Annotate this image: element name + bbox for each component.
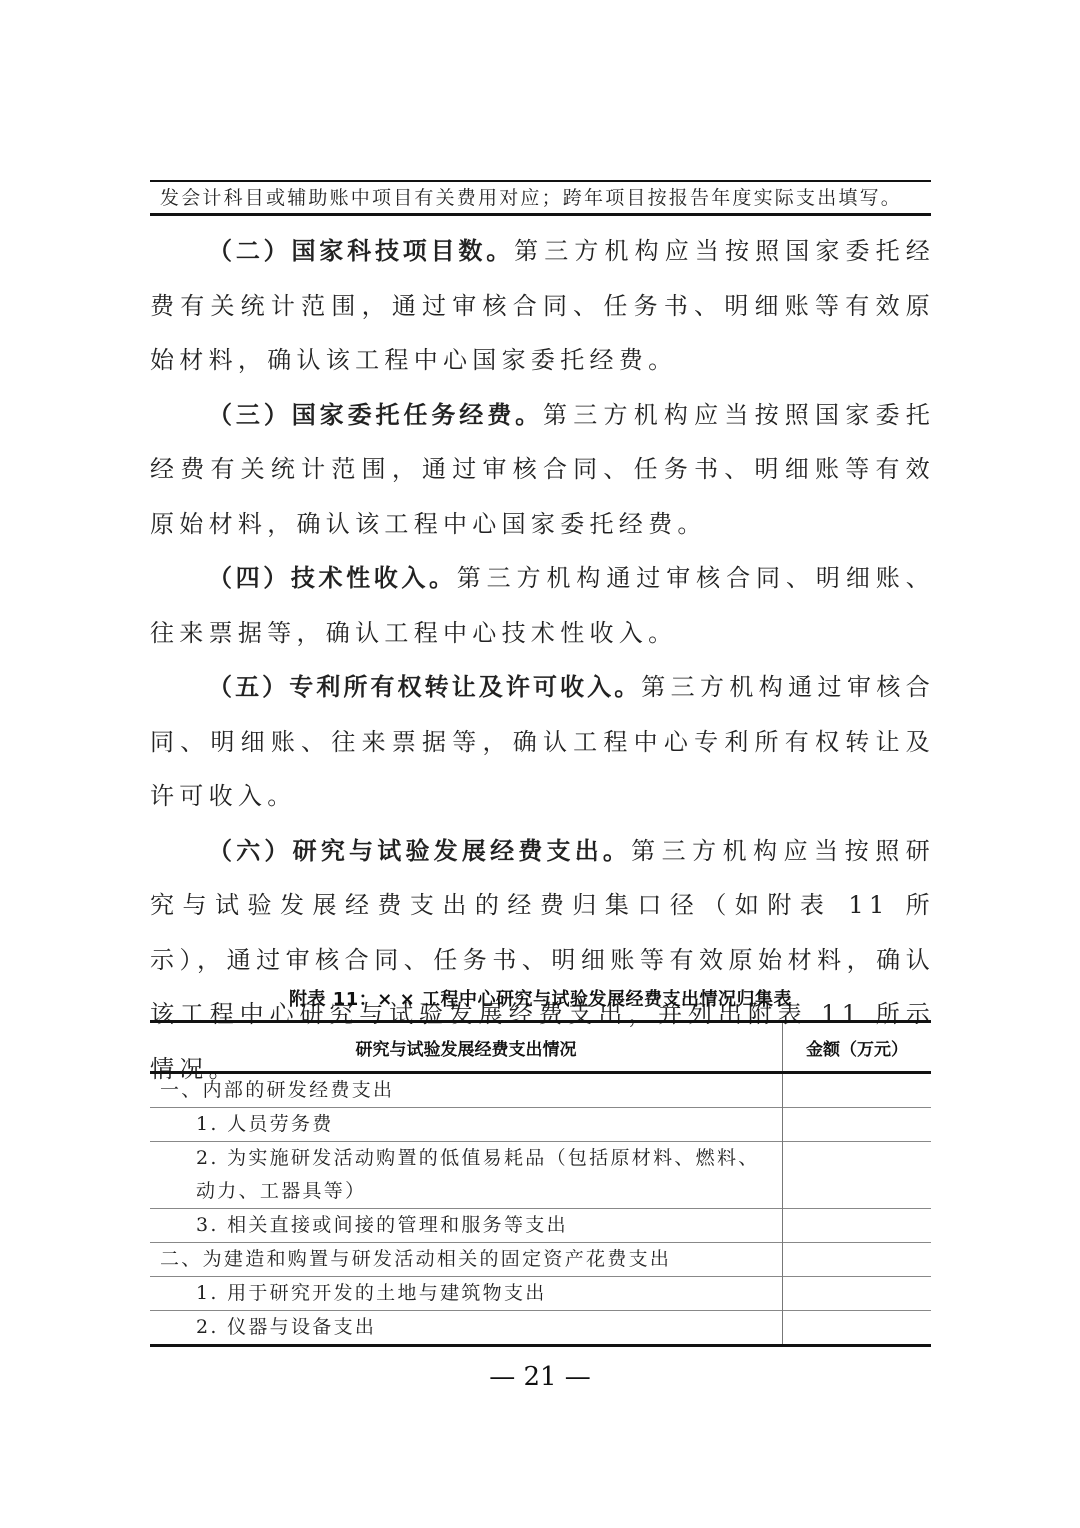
row-item: 2. 为实施研发活动购置的低值易耗品（包括原材料、燃料、动力、工器具等）	[150, 1142, 783, 1209]
paragraph-3: （三）国家委托任务经费。第三方机构应当按照国家委托经费有关统计范围，通过审核合同…	[150, 388, 935, 552]
row-amount	[783, 1277, 932, 1311]
paragraph-2: （二）国家科技项目数。第三方机构应当按照国家委托经费有关统计范围，通过审核合同、…	[150, 224, 935, 388]
expenditure-summary-table: 研究与试验发展经费支出情况 金额（万元） 一、内部的研发经费支出 1. 人员劳务…	[150, 1020, 931, 1347]
continued-table-row: 发会计科目或辅助账中项目有关费用对应；跨年项目按报告年度实际支出填写。	[150, 180, 931, 216]
paragraph-5: （五）专利所有权转让及许可收入。第三方机构通过审核合同、明细账、往来票据等，确认…	[150, 660, 935, 824]
paragraph-4: （四）技术性收入。第三方机构通过审核合同、明细账、往来票据等，确认工程中心技术性…	[150, 551, 935, 660]
row-amount	[783, 1311, 932, 1346]
table-row: 1. 人员劳务费	[150, 1108, 931, 1142]
row-item: 1. 人员劳务费	[150, 1108, 783, 1142]
row-item: 一、内部的研发经费支出	[150, 1073, 783, 1108]
table-row: 2. 仪器与设备支出	[150, 1311, 931, 1346]
continued-row-text: 发会计科目或辅助账中项目有关费用对应；跨年项目按报告年度实际支出填写。	[160, 187, 902, 209]
table-row: 3. 相关直接或间接的管理和服务等支出	[150, 1209, 931, 1243]
paragraph-heading: （六）研究与试验发展经费支出。	[208, 837, 631, 865]
row-amount	[783, 1142, 932, 1209]
table-row: 一、内部的研发经费支出	[150, 1073, 931, 1108]
row-amount	[783, 1073, 932, 1108]
row-item-text: 2. 为实施研发活动购置的低值易耗品（包括原材料、燃料、动力、工器具等）	[196, 1142, 772, 1208]
row-amount	[783, 1209, 932, 1243]
row-amount	[783, 1243, 932, 1277]
table-caption: 附表 11：× × 工程中心研究与试验发展经费支出情况归集表	[150, 985, 931, 1015]
column-header-item: 研究与试验发展经费支出情况	[150, 1022, 783, 1073]
document-body: （二）国家科技项目数。第三方机构应当按照国家委托经费有关统计范围，通过审核合同、…	[150, 224, 935, 1096]
table-header-row: 研究与试验发展经费支出情况 金额（万元）	[150, 1022, 931, 1073]
paragraph-heading: （四）技术性收入。	[208, 564, 457, 592]
column-header-amount: 金额（万元）	[783, 1022, 932, 1073]
paragraph-heading: （三）国家委托任务经费。	[208, 401, 543, 429]
table-row: 2. 为实施研发活动购置的低值易耗品（包括原材料、燃料、动力、工器具等）	[150, 1142, 931, 1209]
row-item: 1. 用于研究开发的土地与建筑物支出	[150, 1277, 783, 1311]
paragraph-heading: （二）国家科技项目数。	[208, 237, 514, 265]
row-amount	[783, 1108, 932, 1142]
table-row: 二、为建造和购置与研发活动相关的固定资产花费支出	[150, 1243, 931, 1277]
page-number: — 21 —	[0, 1360, 1080, 1394]
row-item: 3. 相关直接或间接的管理和服务等支出	[150, 1209, 783, 1243]
paragraph-heading: （五）专利所有权转让及许可收入。	[208, 673, 641, 701]
table-row: 1. 用于研究开发的土地与建筑物支出	[150, 1277, 931, 1311]
row-item: 2. 仪器与设备支出	[150, 1311, 783, 1346]
row-item: 二、为建造和购置与研发活动相关的固定资产花费支出	[150, 1243, 783, 1277]
